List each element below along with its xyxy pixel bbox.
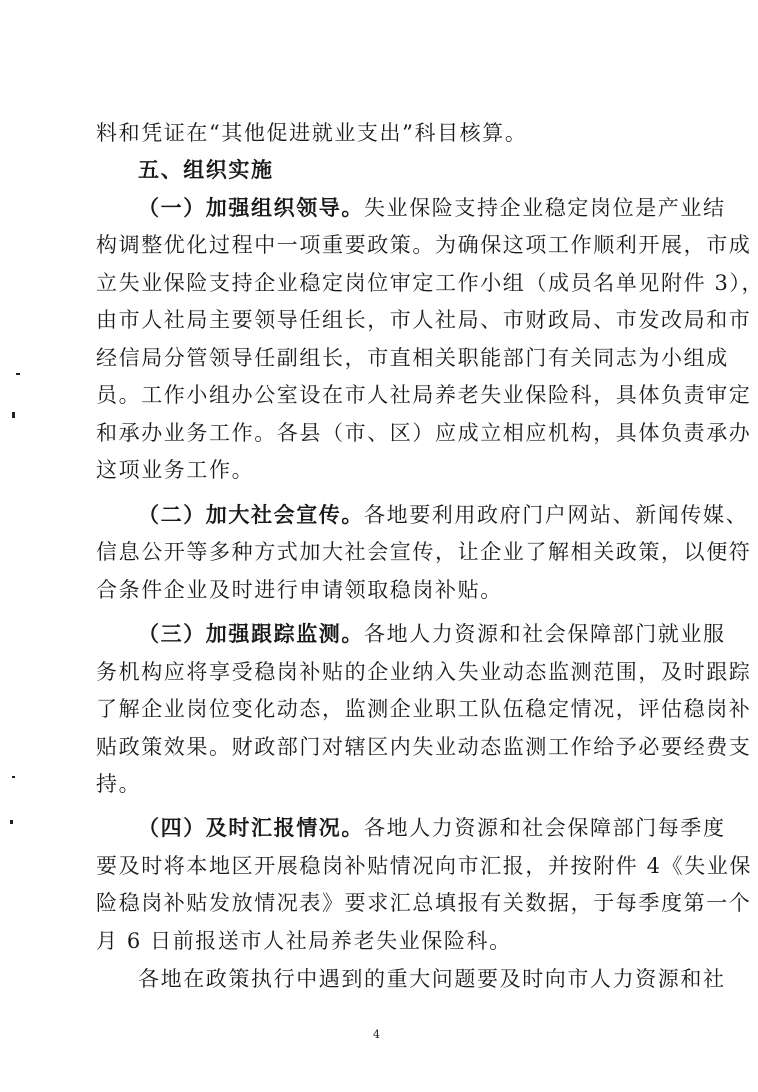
scan-artifact-mark [10,820,13,824]
paragraph-start: （三）加强跟踪监测。各地人力资源和社会保障部门就业服 [138,621,696,647]
body-line: 由市人社局主要领导任组长，市人社局、市财政局、市发改局和市 [96,307,696,333]
paragraph-lead: （四）及时汇报情况。 [138,816,364,840]
body-line: 经信局分管领导任副组长，市直相关职能部门有关同志为小组成 [96,345,696,371]
body-line: 月 6 日前报送市人社局养老失业保险科。 [96,928,696,954]
scan-artifact-mark [12,412,15,418]
body-line: 料和凭证在“其他促进就业支出”科目核算。 [96,120,696,146]
body-line: 和承办业务工作。各县（市、区）应成立相应机构，具体负责承办 [96,420,696,446]
paragraph-text: 各地要利用政府门户网站、新闻传媒、 [364,503,748,527]
body-line: 构调整优化过程中一项重要政策。为确保这项工作顺利开展，市成 [96,232,696,258]
body-line: 贴政策效果。财政部门对辖区内失业动态监测工作给予必要经费支 [96,734,696,760]
paragraph-text: 失业保险支持企业稳定岗位是产业结 [364,196,726,220]
paragraph-start: （二）加大社会宣传。各地要利用政府门户网站、新闻传媒、 [138,502,696,528]
paragraph-start: （四）及时汇报情况。各地人力资源和社会保障部门每季度 [138,815,696,841]
body-line: 险稳岗补贴发放情况表》要求汇总填报有关数据，于每季度第一个 [96,890,696,916]
paragraph-text: 各地人力资源和社会保障部门每季度 [364,816,726,840]
body-line: 持。 [96,771,696,797]
section-heading: 五、组织实施 [138,157,738,183]
body-line: 合条件企业及时进行申请领取稳岗补贴。 [96,577,696,603]
paragraph-lead: （一）加强组织领导。 [138,196,364,220]
paragraph-text: 各地人力资源和社会保障部门就业服 [364,622,726,646]
body-line: 信息公开等多种方式加大社会宣传，让企业了解相关政策，以便符 [96,539,696,565]
paragraph-start: （一）加强组织领导。失业保险支持企业稳定岗位是产业结 [138,195,696,221]
body-line: 务机构应将享受稳岗补贴的企业纳入失业动态监测范围，及时跟踪 [96,659,696,685]
page-number: 4 [373,1028,380,1041]
body-line: 各地在政策执行中遇到的重大问题要及时向市人力资源和社 [138,966,696,992]
paragraph-lead: （三）加强跟踪监测。 [138,622,364,646]
body-line: 立失业保险支持企业稳定岗位审定工作小组（成员名单见附件 3）， [96,270,696,296]
document-page: 料和凭证在“其他促进就业支出”科目核算。 五、组织实施 （一）加强组织领导。失业… [0,0,758,1092]
body-line: 了解企业岗位变化动态，监测企业职工队伍稳定情况，评估稳岗补 [96,696,696,722]
body-line: 要及时将本地区开展稳岗补贴情况向市汇报，并按附件 4《失业保 [96,853,696,879]
body-line: 这项业务工作。 [96,457,696,483]
scan-artifact-mark [12,776,15,778]
paragraph-lead: （二）加大社会宣传。 [138,503,364,527]
body-line: 员。工作小组办公室设在市人社局养老失业保险科，具体负责审定 [96,382,696,408]
scan-artifact-mark [16,373,20,375]
